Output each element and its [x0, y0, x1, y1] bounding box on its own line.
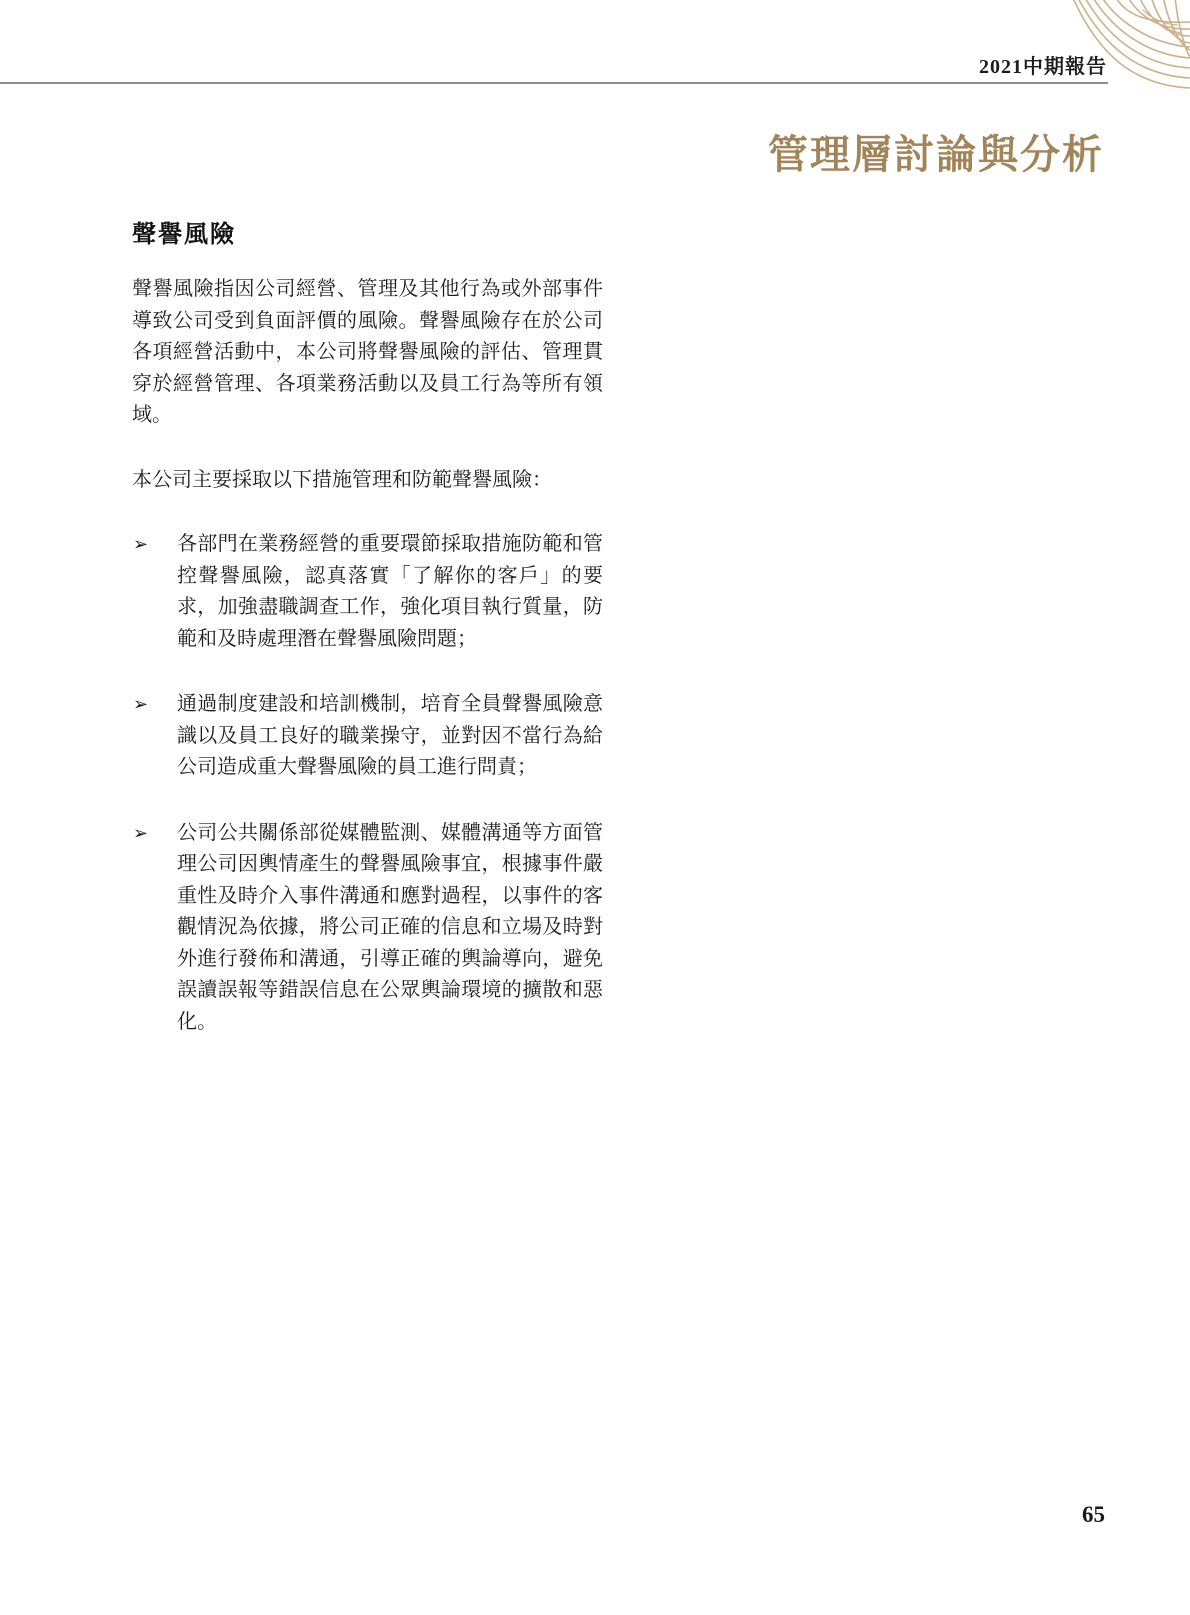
arrowhead-bullet-icon: ➢	[133, 818, 148, 850]
page-number: 65	[1082, 1502, 1105, 1528]
list-item: ➢ 公司公共關係部從媒體監測、媒體溝通等方面管理公司因輿情產生的聲譽風險事宜，根…	[132, 818, 603, 1039]
list-item: ➢ 各部門在業務經營的重要環節採取措施防範和管控聲譽風險，認真落實「了解你的客戶…	[132, 529, 603, 655]
intro-paragraph: 聲譽風險指因公司經營、管理及其他行為或外部事件導致公司受到負面評價的風險。聲譽風…	[132, 274, 603, 432]
report-page: 2021中期報告 管理層討論與分析 聲譽風險 聲譽風險指因公司經營、管理及其他行…	[0, 0, 1190, 1615]
list-item: ➢ 通過制度建設和培訓機制，培育全員聲譽風險意識以及員工良好的職業操守，並對因不…	[132, 689, 603, 784]
measures-bullet-list: ➢ 各部門在業務經營的重要環節採取措施防範和管控聲譽風險，認真落實「了解你的客戶…	[132, 529, 603, 1038]
header-rule	[0, 82, 1108, 84]
section-heading: 聲譽風險	[132, 220, 603, 250]
main-text-column: 聲譽風險 聲譽風險指因公司經營、管理及其他行為或外部事件導致公司受到負面評價的風…	[132, 220, 603, 1038]
bullet-text: 通過制度建設和培訓機制，培育全員聲譽風險意識以及員工良好的職業操守，並對因不當行…	[177, 693, 603, 778]
bullet-text: 公司公共關係部從媒體監測、媒體溝通等方面管理公司因輿情產生的聲譽風險事宜，根據事…	[177, 822, 603, 1033]
bullet-text: 各部門在業務經營的重要環節採取措施防範和管控聲譽風險，認真落實「了解你的客戶」的…	[177, 533, 603, 650]
arrowhead-bullet-icon: ➢	[133, 689, 148, 721]
page-title: 管理層討論與分析	[768, 123, 1104, 180]
arrowhead-bullet-icon: ➢	[133, 529, 148, 561]
measures-lead-paragraph: 本公司主要採取以下措施管理和防範聲譽風險：	[132, 465, 603, 497]
report-title: 2021中期報告	[979, 50, 1107, 79]
